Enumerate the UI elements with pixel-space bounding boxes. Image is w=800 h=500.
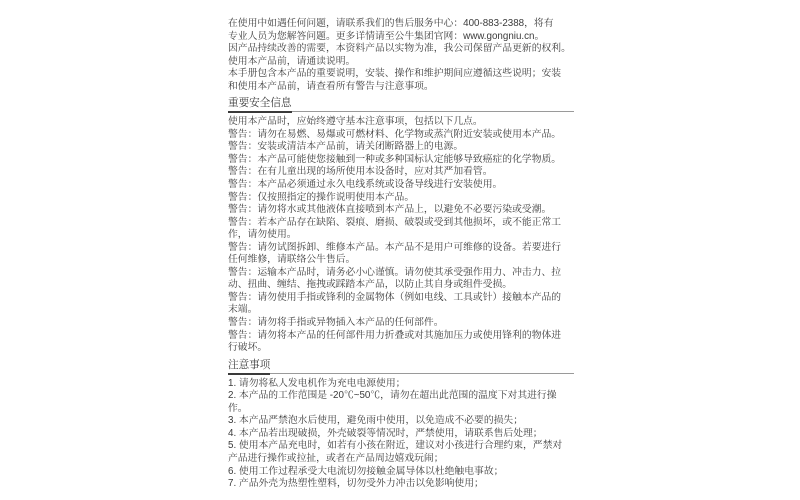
manual-page: 在使用中如遇任何问题，请联系我们的售后服务中心：400-883-2388，将有 … bbox=[0, 0, 800, 500]
intro-paragraph: 在使用中如遇任何问题，请联系我们的售后服务中心：400-883-2388，将有 … bbox=[228, 18, 574, 93]
safety-warnings-paragraph: 使用本产品时，应始终遵守基本注意事项，包括以下几点。 警告：请勿在易燃、易爆或可… bbox=[228, 116, 574, 354]
section-header-notes: 注意事项 bbox=[228, 359, 574, 374]
notes-list: 1. 请勿将私人发电机作为充电电源使用； 2. 本产品的工作范围是 -20℃~5… bbox=[228, 378, 574, 491]
text-column: 在使用中如遇任何问题，请联系我们的售后服务中心：400-883-2388，将有 … bbox=[228, 18, 574, 491]
section-title-important-safety: 重要安全信息 bbox=[228, 97, 292, 113]
section-header-important-safety: 重要安全信息 bbox=[228, 97, 574, 112]
section-title-notes: 注意事项 bbox=[228, 359, 270, 375]
